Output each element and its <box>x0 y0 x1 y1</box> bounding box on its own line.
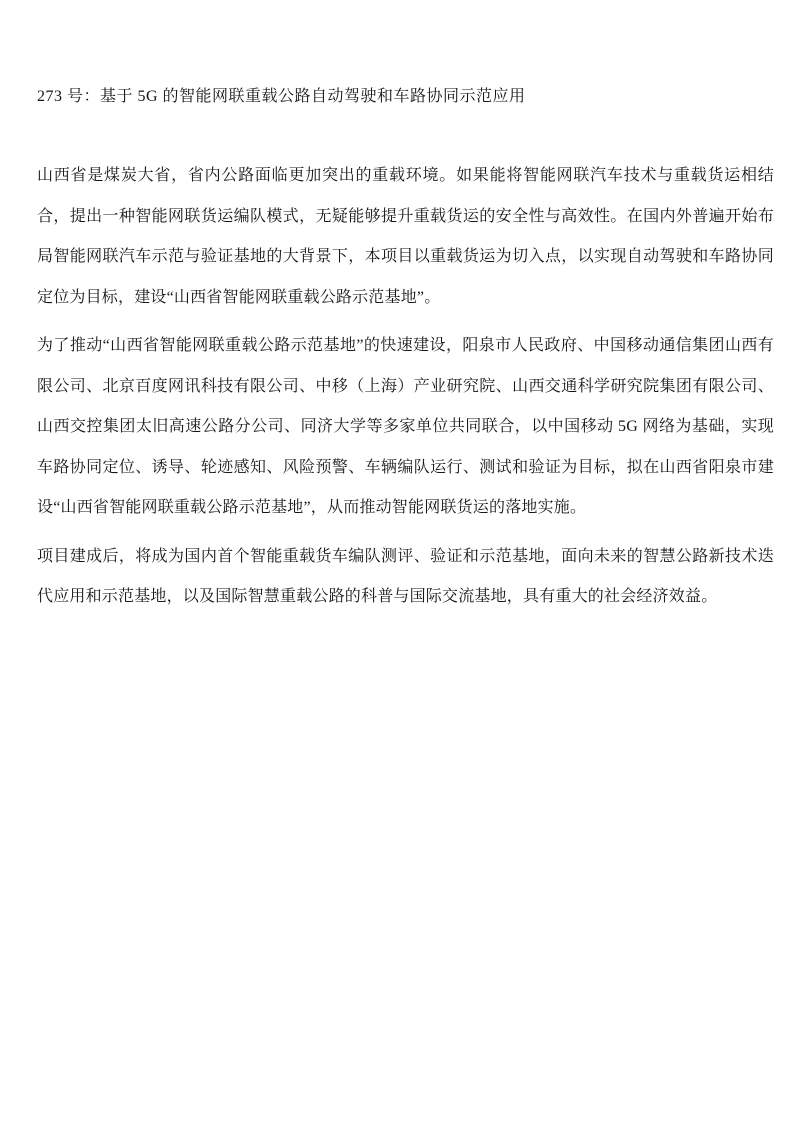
document-title: 273 号：基于 5G 的智能网联重载公路自动驾驶和车路协同示范应用 <box>37 77 774 117</box>
paragraph-project-benefits: 项目建成后，将成为国内首个智能重载货车编队测评、验证和示范基地，面向未来的智慧公… <box>37 537 774 618</box>
paragraph-project-partners: 为了推动“山西省智能网联重载公路示范基地”的快速建设，阳泉市人民政府、中国移动通… <box>37 326 774 529</box>
document-page: 273 号：基于 5G 的智能网联重载公路自动驾驶和车路协同示范应用 山西省是煤… <box>0 0 800 1131</box>
paragraph-project-background: 山西省是煤炭大省，省内公路面临更加突出的重载环境。如果能将智能网联汽车技术与重载… <box>37 156 774 318</box>
